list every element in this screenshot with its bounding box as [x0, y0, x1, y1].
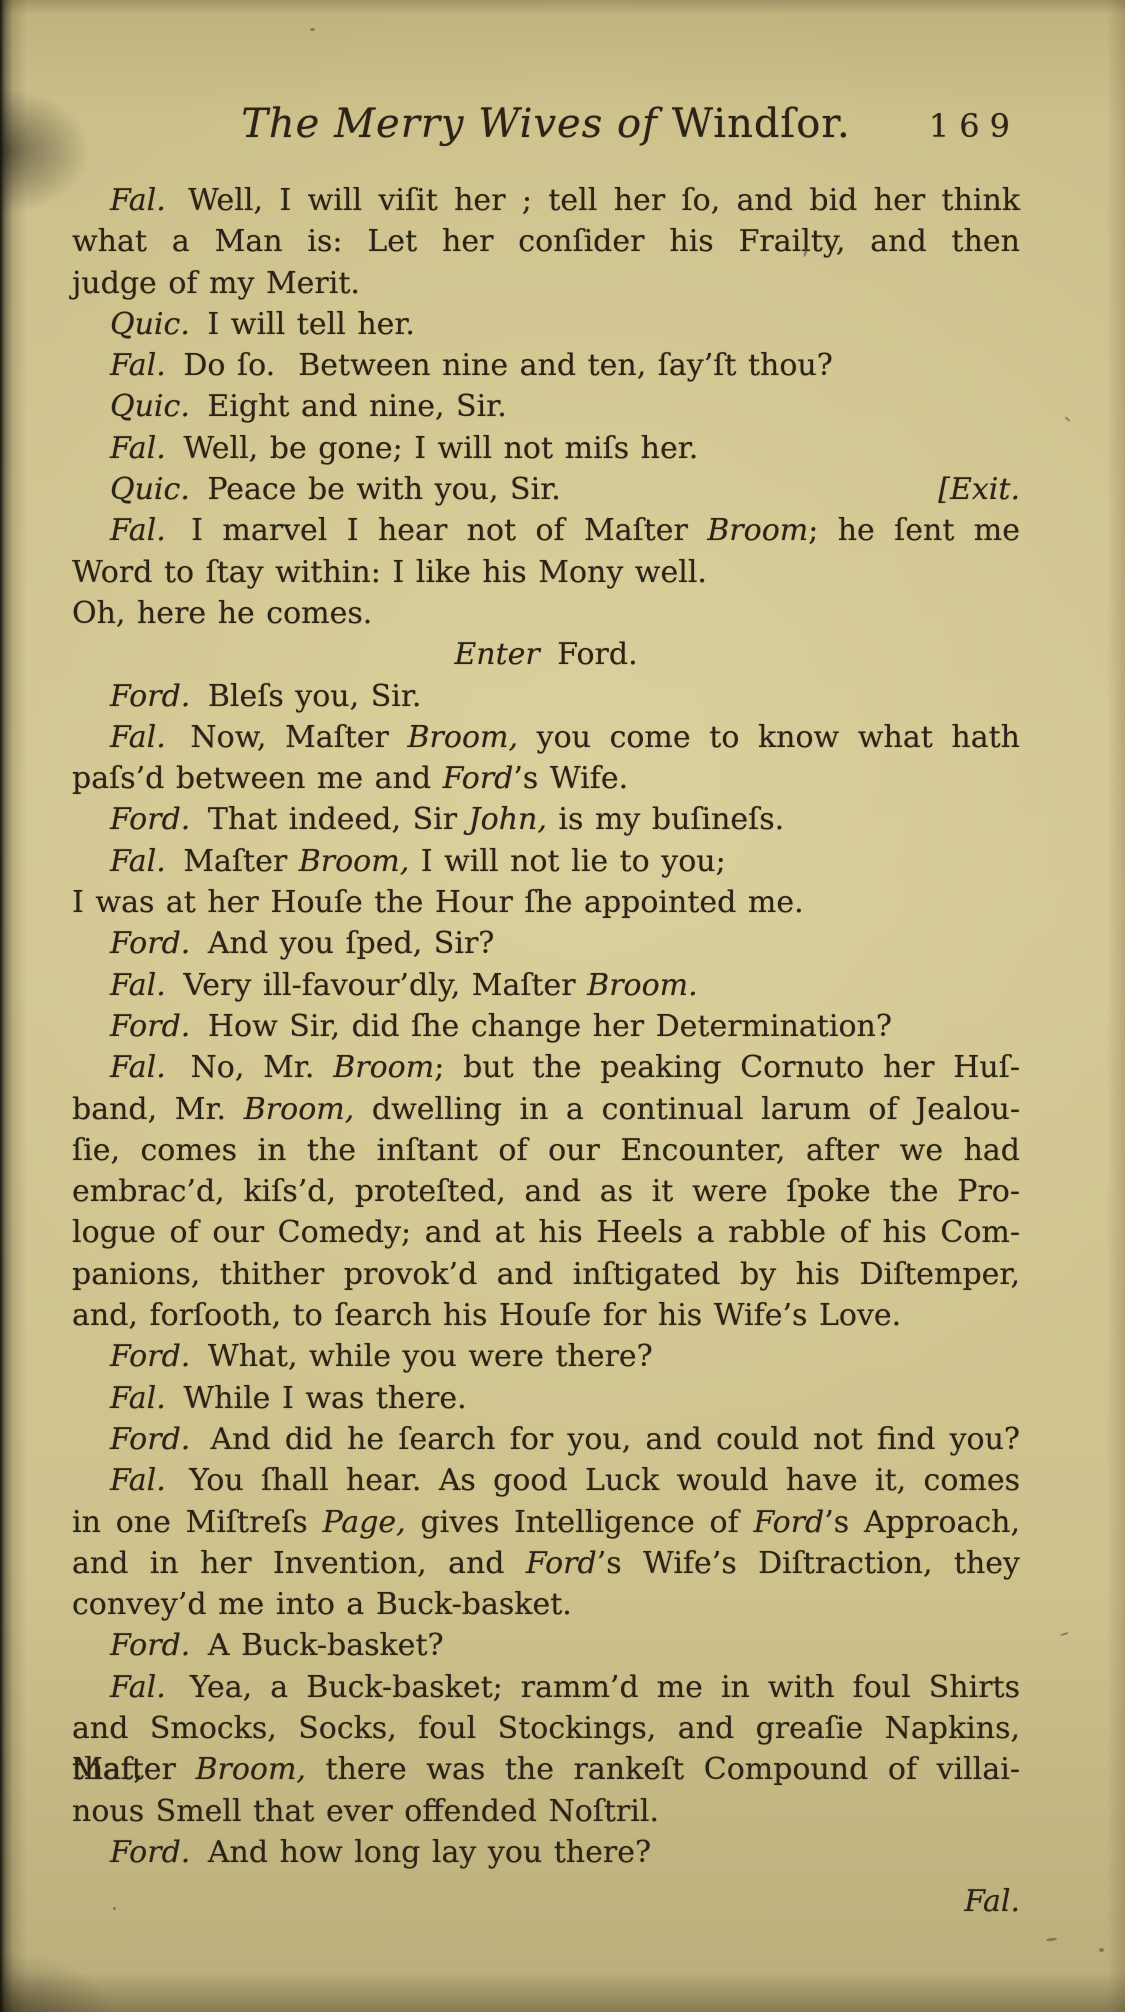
title-roman-part: Windſor.	[672, 101, 851, 147]
italic-text: Page,	[322, 1505, 405, 1540]
italic-text: Fal.	[110, 431, 166, 466]
roman-text: I will tell her.	[196, 307, 415, 342]
italic-text: Fal.	[110, 1050, 166, 1085]
roman-text: dwelling in a continual larum of Jealou-	[354, 1092, 1020, 1127]
roman-text: ’s Approach,	[824, 1505, 1020, 1540]
text-line: Quic. Peace be with you, Sir.[Exit.	[72, 469, 1020, 510]
text-line: Ford. And how long lay you there?	[72, 1832, 1020, 1873]
text-line: Fal. Maſter Broom, I will not lie to you…	[72, 841, 1020, 882]
text-line: Ford. Bleſs you, Sir.	[72, 676, 1020, 717]
text-line: what a Man is: Let her conſider his Frai…	[72, 221, 1020, 262]
text-line: panions, thither provok’d and inſtigated…	[72, 1254, 1020, 1295]
ink-speck	[1060, 1632, 1069, 1637]
italic-text: Broom,	[195, 1752, 306, 1787]
text-line: Fal. Very ill-favour’dly, Maſter Broom.	[72, 965, 1020, 1006]
text-line: in one Miſtreſs Page, gives Intelligence…	[72, 1502, 1020, 1543]
roman-text: is my buſineſs.	[547, 802, 784, 837]
roman-text: Oh, here he comes.	[72, 596, 372, 631]
roman-text: ; but the peaking Cornuto her Huſ-	[434, 1050, 1020, 1085]
book-page-scan: The Merry Wives ofWindſor. 169 Fal. Well…	[0, 0, 1125, 2012]
italic-text: Ford.	[110, 1009, 190, 1044]
text-line: Fal. Do ſo. Between nine and ten, ſay’ſt…	[72, 345, 1020, 386]
italic-text: Fal.	[110, 1463, 166, 1498]
running-header: The Merry Wives ofWindſor. 169	[72, 100, 1020, 148]
italic-text: Fal.	[110, 513, 166, 548]
text-line: Ford. That indeed, Sir John, is my buſin…	[72, 799, 1020, 840]
roman-text: Bleſs you, Sir.	[196, 679, 421, 714]
italic-text: Ford	[753, 1505, 824, 1540]
roman-text: embrac’d, kiſs’d, proteſted, and as it w…	[72, 1174, 1020, 1209]
roman-text: in one Miſtreſs	[72, 1505, 322, 1540]
catchword: Fal.	[72, 1884, 1020, 1919]
text-line: nous Smell that ever offended Noſtril.	[72, 1791, 1020, 1832]
italic-text: Ford.	[110, 1628, 190, 1663]
text-line: Fal. You ſhall hear. As good Luck would …	[72, 1460, 1020, 1501]
italic-text: Ford.	[110, 1339, 190, 1374]
roman-text: I will not lie to you;	[409, 844, 725, 879]
italic-text: Broom,	[299, 844, 410, 879]
italic-text: Quic.	[110, 307, 190, 342]
roman-text: band, Mr.	[72, 1092, 244, 1127]
roman-text: Well, I will viſit her ; tell her ſo, an…	[172, 183, 1020, 218]
italic-text: Ford.	[110, 1835, 190, 1870]
text-line: Ford. How Sir, did ſhe change her Determ…	[72, 1006, 1020, 1047]
italic-text: Broom,	[408, 720, 519, 755]
text-line: Word to ſtay within: I like his Mony wel…	[72, 552, 1020, 593]
roman-text: Maſter	[72, 1752, 195, 1787]
roman-text: While I was there.	[172, 1381, 467, 1416]
italic-text: Fal.	[110, 720, 166, 755]
roman-text: paſs’d between me and	[72, 761, 443, 796]
italic-text: Broom,	[244, 1092, 355, 1127]
roman-text: and, forſooth, to ſearch his Houſe for h…	[72, 1298, 901, 1333]
roman-text: Well, be gone; I will not miſs her.	[172, 431, 699, 466]
italic-text: Fal.	[110, 1670, 166, 1705]
italic-text: Enter	[454, 637, 539, 672]
italic-text: Fal.	[110, 968, 166, 1003]
roman-text: convey’d me into a Buck-basket.	[72, 1587, 572, 1622]
text-line: Fal. I marvel I hear not of Maſter Broom…	[72, 510, 1020, 551]
roman-text: gives Intelligence of	[406, 1505, 754, 1540]
roman-text: Peace be with you, Sir.	[196, 472, 561, 507]
exit-direction: [Exit.	[938, 469, 1020, 510]
roman-text: I marvel I hear not of Maſter	[172, 513, 707, 548]
text-line: Quic. Eight and nine, Sir.	[72, 386, 1020, 427]
text-line: Ford. A Buck-basket?	[72, 1625, 1020, 1666]
italic-text: Ford	[443, 761, 514, 796]
roman-text: panions, thither provok’d and inſtigated…	[72, 1257, 1020, 1292]
roman-text: ’s Wife’s Diſtraction, they	[597, 1546, 1020, 1581]
text-line: Ford. What, while you were there?	[72, 1336, 1020, 1377]
roman-text: And you ſped, Sir?	[196, 926, 494, 961]
text-line: Maſter Broom, there was the rankeſt Comp…	[72, 1749, 1020, 1790]
italic-text: Fal.	[110, 183, 166, 218]
text-block: Fal. Well, I will viſit her ; tell her ſ…	[72, 180, 1020, 1873]
text-line: Fal. Now, Maſter Broom, you come to know…	[72, 717, 1020, 758]
roman-text: I was at her Houſe the Hour ſhe appointe…	[72, 885, 804, 920]
text-line: Ford. And you ſped, Sir?	[72, 923, 1020, 964]
roman-text: Yea, a Buck-basket; ramm’d me in with fo…	[172, 1670, 1020, 1705]
roman-text: Maſter	[172, 844, 299, 879]
italic-text: Broom.	[587, 968, 698, 1003]
roman-text: there was the rankeſt Compound of villai…	[306, 1752, 1020, 1787]
text-line: Fal. No, Mr. Broom; but the peaking Corn…	[72, 1047, 1020, 1088]
stage-direction-line: Enter Ford.	[72, 634, 1020, 675]
text-line: ſie, comes in the inſtant of our Encount…	[72, 1130, 1020, 1171]
roman-text: A Buck-basket?	[196, 1628, 443, 1663]
roman-text: and in her Invention, and	[72, 1546, 526, 1581]
text-line: Fal. Well, be gone; I will not miſs her.	[72, 428, 1020, 469]
italic-text: Ford.	[110, 926, 190, 961]
italic-text: Fal.	[110, 348, 166, 383]
italic-text: John,	[469, 802, 547, 837]
roman-text: And did he ſearch for you, and could not…	[196, 1422, 1020, 1457]
text-line: convey’d me into a Buck-basket.	[72, 1584, 1020, 1625]
roman-text: ; he ſent me	[808, 513, 1020, 548]
roman-text: judge of my Merit.	[72, 266, 360, 301]
text-line: and, forſooth, to ſearch his Houſe for h…	[72, 1295, 1020, 1336]
roman-text: Ford.	[546, 637, 638, 672]
ink-speck	[1046, 1937, 1057, 1942]
roman-text: ſie, comes in the inſtant of our Encount…	[72, 1133, 1020, 1168]
text-line: Quic. I will tell her.	[72, 304, 1020, 345]
text-line: Fal. While I was there.	[72, 1378, 1020, 1419]
text-line: and in her Invention, and Ford’s Wife’s …	[72, 1543, 1020, 1584]
roman-text: logue of our Comedy; and at his Heels a …	[72, 1215, 1020, 1250]
roman-text: Word to ſtay within: I like his Mony wel…	[72, 555, 707, 590]
roman-text: ’s Wife.	[513, 761, 628, 796]
italic-text: Ford.	[110, 802, 190, 837]
roman-text: what a Man is: Let her conſider his Frai…	[72, 224, 1020, 259]
text-line: Fal. Yea, a Buck-basket; ramm’d me in wi…	[72, 1667, 1020, 1708]
roman-text: Eight and nine, Sir.	[196, 389, 507, 424]
roman-text: You ſhall hear. As good Luck would have …	[172, 1463, 1020, 1498]
italic-text: Broom	[333, 1050, 434, 1085]
roman-text: How Sir, did ſhe change her Determinatio…	[196, 1009, 892, 1044]
italic-text: Broom	[707, 513, 808, 548]
text-line: Ford. And did he ſearch for you, and cou…	[72, 1419, 1020, 1460]
ink-speck	[1099, 1948, 1104, 1952]
roman-text: Very ill-favour’dly, Maſter	[172, 968, 587, 1003]
text-line: Fal. Well, I will viſit her ; tell her ſ…	[72, 180, 1020, 221]
roman-text: What, while you were there?	[196, 1339, 652, 1374]
text-line: logue of our Comedy; and at his Heels a …	[72, 1212, 1020, 1253]
roman-text: you come to know what hath	[518, 720, 1020, 755]
text-line: I was at her Houſe the Hour ſhe appointe…	[72, 882, 1020, 923]
page-content: The Merry Wives ofWindſor. 169 Fal. Well…	[72, 0, 1020, 48]
italic-text: Ford.	[110, 1422, 190, 1457]
italic-text: Ford.	[110, 679, 190, 714]
italic-text: Ford	[526, 1546, 597, 1581]
text-line: band, Mr. Broom, dwelling in a continual…	[72, 1089, 1020, 1130]
roman-text: And how long lay you there?	[196, 1835, 651, 1870]
text-line: embrac’d, kiſs’d, proteſted, and as it w…	[72, 1171, 1020, 1212]
ink-speck	[1064, 416, 1071, 422]
italic-text: Fal.	[110, 844, 166, 879]
roman-text: nous Smell that ever offended Noſtril.	[72, 1794, 659, 1829]
roman-text: Do ſo. Between nine and ten, ſay’ſt thou…	[172, 348, 833, 383]
italic-text: Fal.	[110, 1381, 166, 1416]
page-title: The Merry Wives ofWindſor.	[241, 100, 851, 148]
roman-text: No, Mr.	[172, 1050, 333, 1085]
text-line: paſs’d between me and Ford’s Wife.	[72, 758, 1020, 799]
italic-text: Quic.	[110, 389, 190, 424]
roman-text: That indeed, Sir	[196, 802, 468, 837]
text-line: judge of my Merit.	[72, 263, 1020, 304]
title-italic-part: The Merry Wives of	[241, 101, 658, 147]
text-line: Oh, here he comes.	[72, 593, 1020, 634]
text-line: and Smocks, Socks, foul Stockings, and g…	[72, 1708, 1020, 1749]
italic-text: Quic.	[110, 472, 190, 507]
roman-text: Now, Maſter	[172, 720, 408, 755]
page-number: 169	[929, 102, 1020, 150]
